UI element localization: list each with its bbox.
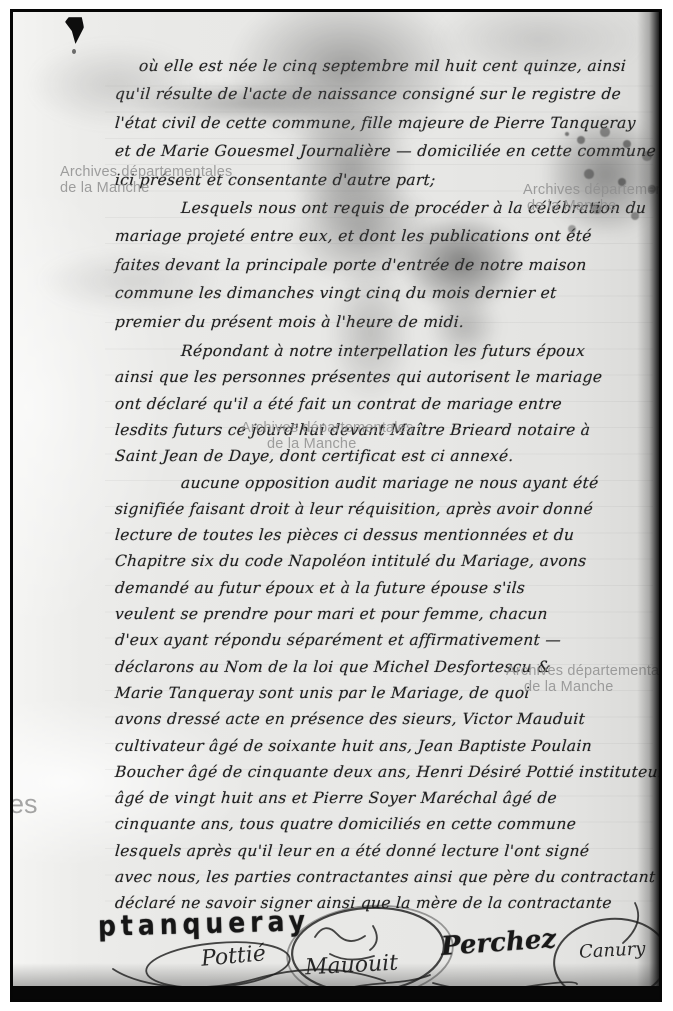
manuscript-line: faites devant la principale porte d'entr… — [114, 256, 587, 274]
manuscript-line: lecture de toutes les pièces ci dessus m… — [114, 526, 574, 544]
document-scan: où elle est née le cinq septembre mil hu… — [10, 9, 662, 1002]
manuscript-line: l'état civil de cette commune, fille maj… — [114, 114, 636, 132]
manuscript-line: ont déclaré qu'il a été fait un contrat … — [114, 395, 562, 413]
archive-watermark: Archives départementales de la Manche — [506, 664, 662, 695]
watermark-line2: de la Manche — [60, 180, 149, 196]
manuscript-line: commune les dimanches vingt cinq du mois… — [114, 284, 557, 302]
watermark-line1: Archives départementales — [506, 663, 662, 679]
watermark-line1: Archives départementales — [60, 164, 232, 180]
manuscript-line: d'eux ayant répondu séparément et affirm… — [114, 631, 561, 649]
watermark-line2: de la Manche — [524, 679, 613, 695]
scanned-document-page: où elle est née le cinq septembre mil hu… — [0, 0, 673, 1011]
watermark-fragment: es — [10, 789, 38, 820]
manuscript-line: âgé de vingt huit ans et Pierre Soyer Ma… — [114, 789, 557, 807]
manuscript-line: et de Marie Gouesmel Journalière — domic… — [114, 142, 656, 160]
manuscript-line: Marie Tanqueray sont unis par le Mariage… — [114, 684, 530, 702]
ink-blot — [65, 17, 84, 44]
watermark-line2: de la Manche — [527, 198, 616, 214]
manuscript-line: cultivateur âgé de soixante huit ans, Je… — [114, 737, 592, 755]
manuscript-line: avec nous, les parties contractantes ain… — [114, 868, 662, 886]
manuscript-line: Chapitre six du code Napoléon intitulé d… — [114, 552, 587, 570]
watermark-line1: Archives départementales — [523, 182, 662, 198]
scan-edge-shadow — [637, 12, 659, 999]
manuscript-line: déclarons au Nom de la loi que Michel De… — [114, 658, 551, 676]
manuscript-line: avons dressé acte en présence des sieurs… — [114, 710, 585, 728]
manuscript-line: cinquante ans, tous quatre domiciliés en… — [114, 815, 576, 833]
manuscript-line: mariage projeté entre eux, et dont les p… — [114, 227, 592, 245]
manuscript-line: demandé au futur époux et à la future ép… — [114, 579, 525, 597]
manuscript-line: signifiée faisant droit à leur réquisiti… — [114, 500, 593, 518]
watermark-line2: de la Manche — [267, 436, 356, 452]
scan-border-band — [13, 986, 659, 999]
manuscript-line: où elle est née le cinq septembre mil hu… — [138, 57, 626, 75]
manuscript-line: lesquels après qu'il leur en a été donné… — [114, 842, 590, 860]
watermark-line1: Archives départementales — [241, 420, 413, 436]
ink-dot — [72, 49, 76, 54]
manuscript-line: qu'il résulte de l'acte de naissance con… — [114, 85, 621, 103]
manuscript-line: Répondant à notre interpellation les fut… — [180, 342, 585, 360]
archive-watermark: Archives départementales de la Manche — [241, 421, 413, 452]
manuscript-line: veulent se prendre pour mari et pour fem… — [114, 605, 548, 623]
ink-speckles — [565, 132, 569, 136]
manuscript-line: ainsi que les personnes présentes qui au… — [114, 368, 603, 386]
archive-watermark: Archives départementales de la Manche — [523, 183, 662, 214]
manuscript-line: Boucher âgé de cinquante deux ans, Henri… — [114, 763, 662, 781]
archive-watermark: Archives départementales de la Manche — [60, 165, 232, 196]
manuscript-line: aucune opposition audit mariage ne nous … — [180, 474, 599, 492]
manuscript-line: premier du présent mois à l'heure de mid… — [114, 313, 465, 331]
